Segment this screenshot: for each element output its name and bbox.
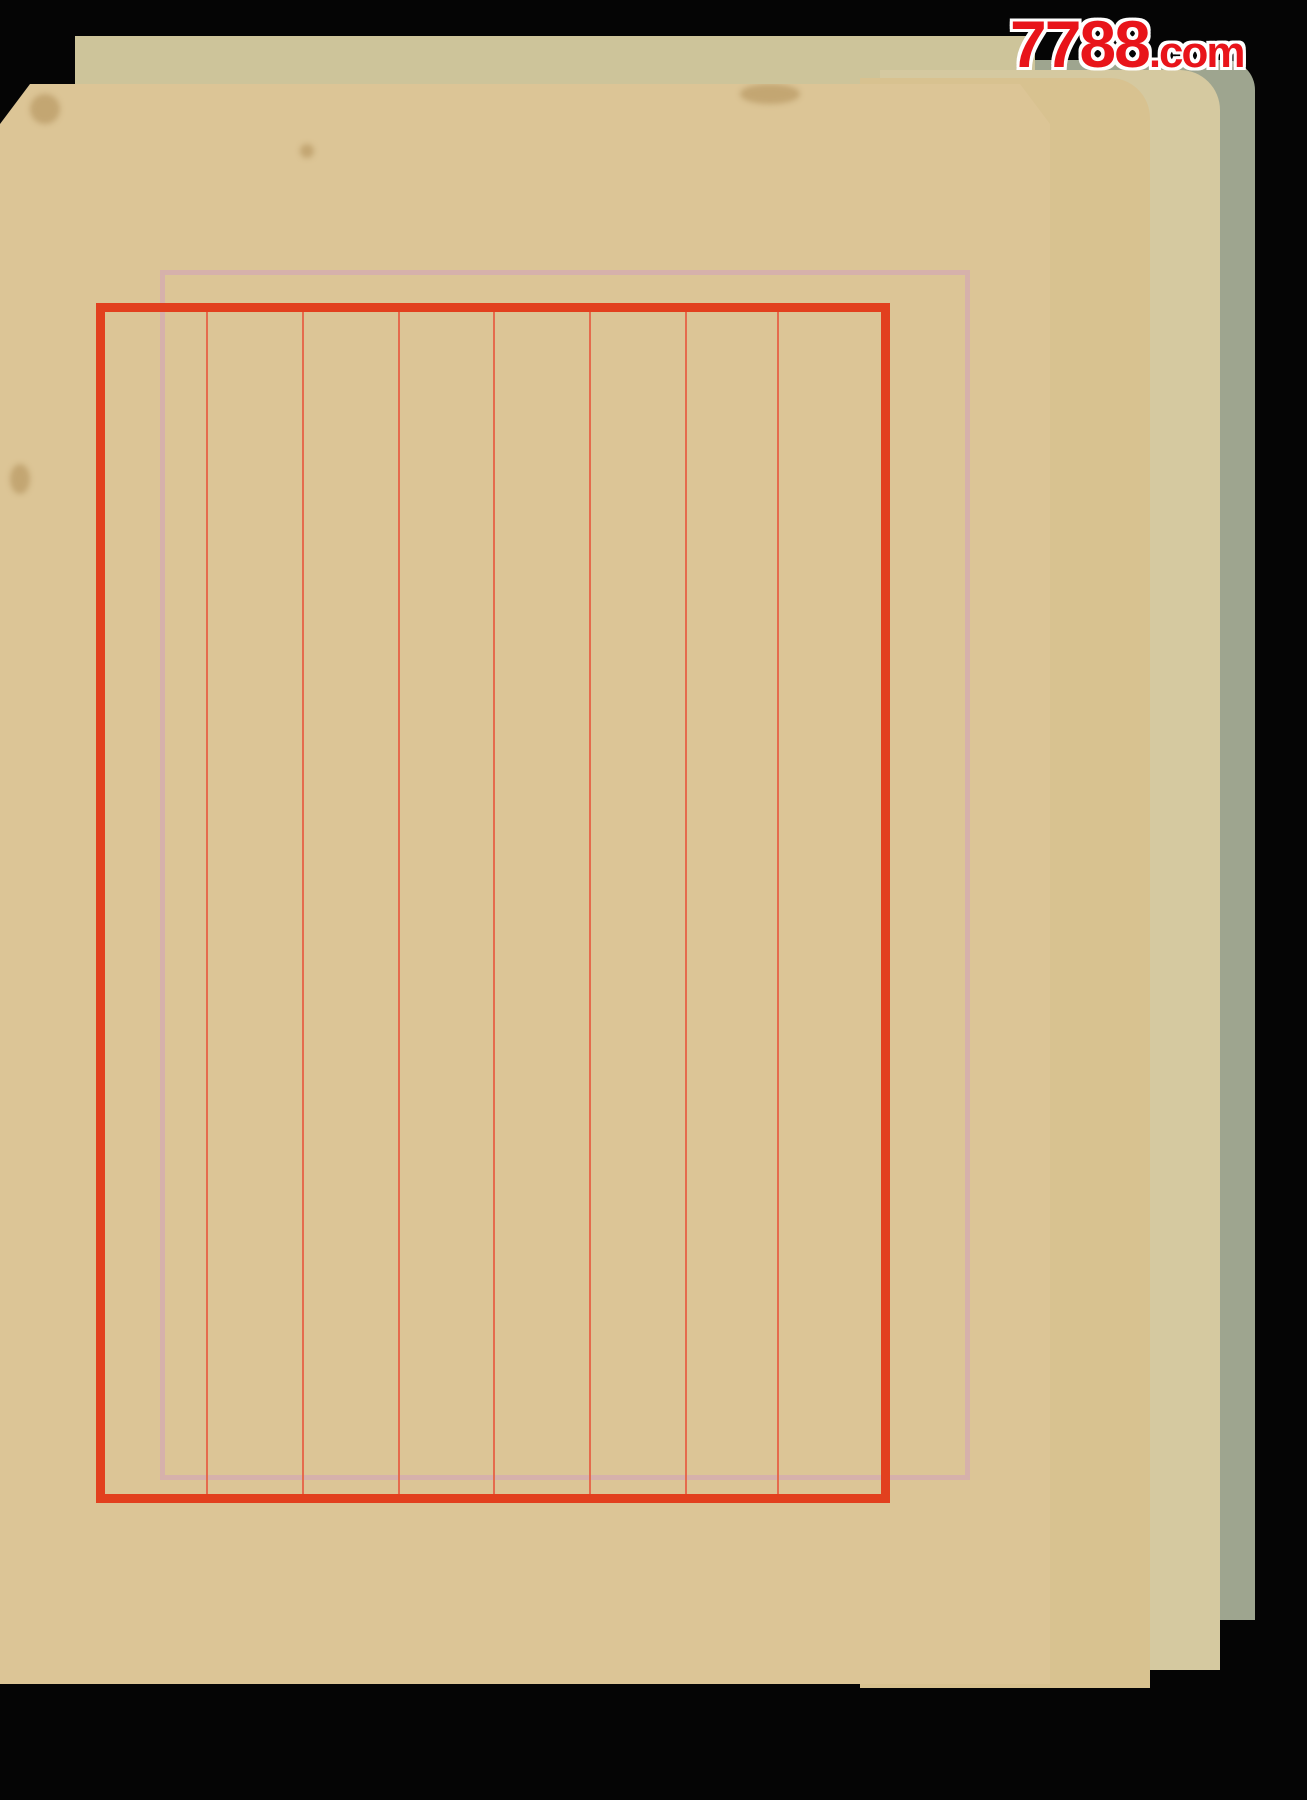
ruled-line <box>206 312 208 1494</box>
ruled-line <box>589 312 591 1494</box>
stain <box>10 464 30 494</box>
watermark-suffix: .com <box>1149 28 1244 77</box>
stain <box>740 84 800 104</box>
ruled-line <box>685 312 687 1494</box>
ruled-line <box>777 312 779 1494</box>
ruled-line <box>398 312 400 1494</box>
site-watermark: 7788.com <box>1010 6 1244 82</box>
watermark-main: 7788 <box>1010 7 1149 81</box>
stain <box>30 94 60 124</box>
ruled-line <box>302 312 304 1494</box>
stain <box>300 144 314 158</box>
ruled-line <box>493 312 495 1494</box>
